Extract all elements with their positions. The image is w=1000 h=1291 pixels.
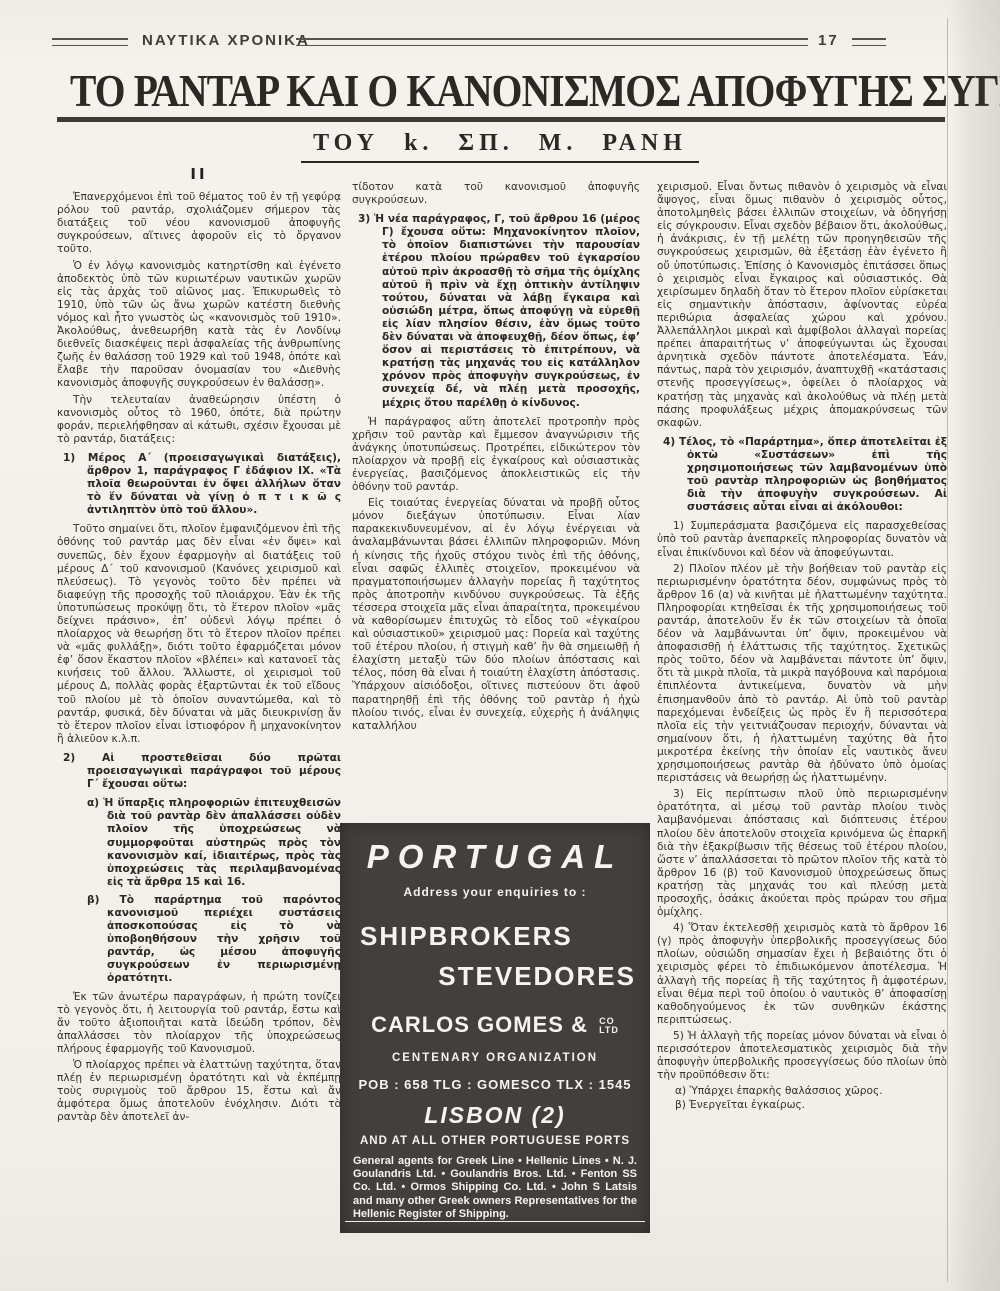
- recommendation-4: 4) Ὅταν ἐκτελεσθῇ χειρισμὸς κατὰ τὸ ἄρθρ…: [657, 922, 947, 1027]
- ad-company-main: CARLOS GOMES &: [371, 1012, 588, 1037]
- ad-contact-line: POB : 658 TLG : GOMESCO TLX : 1545: [340, 1077, 650, 1092]
- column-3: χειρισμοῦ. Εἶναι ὄντως πιθανὸν ὁ χειρισμ…: [657, 181, 947, 1113]
- ad-headline: PORTUGAL: [340, 838, 650, 876]
- masthead-rule-center: [296, 38, 808, 46]
- recommendation-2: 2) Πλοῖον πλέον μὲ τὴν βοήθειαν τοῦ ραντ…: [657, 563, 947, 786]
- ad-company-name: CARLOS GOMES & CO LTD: [340, 1012, 650, 1038]
- ad-bottom-rule: [345, 1221, 645, 1223]
- advertisement-carlos-gomes: PORTUGAL Address your enquiries to : SHI…: [340, 823, 650, 1233]
- page-edge-shadow: [948, 0, 1000, 1291]
- ad-city: LISBON (2): [340, 1102, 650, 1129]
- paragraph: Εἰς τοιαύτας ἐνεργείας δύναται νὰ προβῇ …: [352, 497, 640, 733]
- column-1: ΙΙ Ἐπανερχόμενοι ἐπὶ τοῦ θέματος τοῦ ἐν …: [57, 168, 341, 1127]
- ad-organization: CENTENARY ORGANIZATION: [340, 1052, 650, 1064]
- title-rule: [57, 117, 945, 122]
- paragraph: Ὁ πλοίαρχος πρέπει νὰ ἐλαττώνῃ ταχύτητα,…: [57, 1059, 341, 1124]
- list-item-2a: α) Ἡ ὕπαρξις πληροφοριῶν ἐπιτευχθεισῶν δ…: [87, 797, 341, 889]
- ad-address-line: Address your enquiries to :: [340, 885, 650, 899]
- ad-service-stevedores: STEVEDORES: [340, 961, 636, 992]
- paragraph-continuation: χειρισμοῦ. Εἶναι ὄντως πιθανὸν ὁ χειρισμ…: [657, 181, 947, 430]
- list-item-1: 1) Μέρος Α΄ (προεισαγωγικαὶ διατάξεις), …: [63, 452, 341, 517]
- paragraph-continuation: τίδοτον κατὰ τοῦ κανονισμοῦ ἀποφυγῆς συγ…: [352, 181, 640, 207]
- ad-company-ltd: LTD: [599, 1025, 619, 1035]
- masthead-rule-left: [52, 38, 128, 46]
- section-numeral: ΙΙ: [57, 168, 341, 181]
- list-item-2: 2) Αἱ προστεθεῖσαι δύο πρῶται προεισαγωγ…: [63, 752, 341, 791]
- recommendation-1: 1) Συμπεράσματα βασιζόμενα εἰς παρασχεθε…: [657, 520, 947, 559]
- paragraph: Ἐκ τῶν ἀνωτέρω παραγράφων, ἡ πρώτη τονίζ…: [57, 991, 341, 1056]
- masthead-title: ΝΑΥΤΙΚΑ ΧΡΟΝΙΚΑ: [142, 32, 310, 49]
- paragraph: Ἐπανερχόμενοι ἐπὶ τοῦ θέματος τοῦ ἐν τῇ …: [57, 191, 341, 256]
- list-item-3: 3) Ἡ νέα παράγραφος, Γ, τοῦ ἄρθρου 16 (μ…: [358, 213, 640, 409]
- paragraph: Ἡ παράγραφος αὕτη ἀποτελεῖ προτροπὴν πρὸ…: [352, 416, 640, 495]
- paragraph: Τοῦτο σημαίνει ὅτι, πλοῖον ἐμφανιζόμενον…: [57, 523, 341, 746]
- ad-service-shipbrokers: SHIPBROKERS: [360, 921, 650, 952]
- recommendation-5: 5) Ἡ ἀλλαγὴ τῆς πορείας μόνον δύναται νὰ…: [657, 1030, 947, 1082]
- ad-agents-text: General agents for Greek Line • Hellenic…: [353, 1155, 637, 1221]
- list-item-2b: β) Τὸ παράρτημα τοῦ παρόντος κανονισμοῦ …: [87, 894, 341, 986]
- ad-ports-line: AND AT ALL OTHER PORTUGUESE PORTS: [340, 1135, 650, 1147]
- masthead-rule-right: [852, 38, 886, 46]
- page-number: 17: [818, 32, 839, 49]
- recommendation-5a: α) Ὑπάρχει ἐπαρκὴς θαλάσσιος χῶρος.: [675, 1085, 947, 1098]
- list-item-4: 4) Τέλος, τὸ «Παράρτημα», ὅπερ ἀποτελεῖτ…: [663, 436, 947, 515]
- article-title: ΤΟ ΡΑΝΤΑΡ ΚΑΙ Ο ΚΑΝΟΝΙΣΜΟΣ ΑΠΟΦΥΓΗΣ ΣΥΓΚ…: [70, 64, 930, 117]
- paragraph: Ὁ ἐν λόγῳ κανονισμὸς κατηρτίσθη καὶ ἐγέν…: [57, 260, 341, 391]
- ad-company-suffix: CO LTD: [599, 1017, 619, 1035]
- recommendation-5b: β) Ἐνεργεῖται ἐγκαίρως.: [675, 1099, 947, 1112]
- paragraph: Τὴν τελευταίαν ἀναθεώρησιν ὑπέστη ὁ κανο…: [57, 394, 341, 446]
- recommendation-3: 3) Εἰς περίπτωσιν πλοῦ ὑπὸ περιωρισμένην…: [657, 788, 947, 919]
- magazine-page: ΝΑΥΤΙΚΑ ΧΡΟΝΙΚΑ 17 ΤΟ ΡΑΝΤΑΡ ΚΑΙ Ο ΚΑΝΟΝ…: [0, 0, 1000, 1291]
- column-2: τίδοτον κατὰ τοῦ κανονισμοῦ ἀποφυγῆς συγ…: [352, 181, 640, 736]
- byline: ΤΟΥ k. ΣΠ. Μ. ΡΑΝΗ: [301, 130, 699, 163]
- byline-row: ΤΟΥ k. ΣΠ. Μ. ΡΑΝΗ: [0, 130, 1000, 163]
